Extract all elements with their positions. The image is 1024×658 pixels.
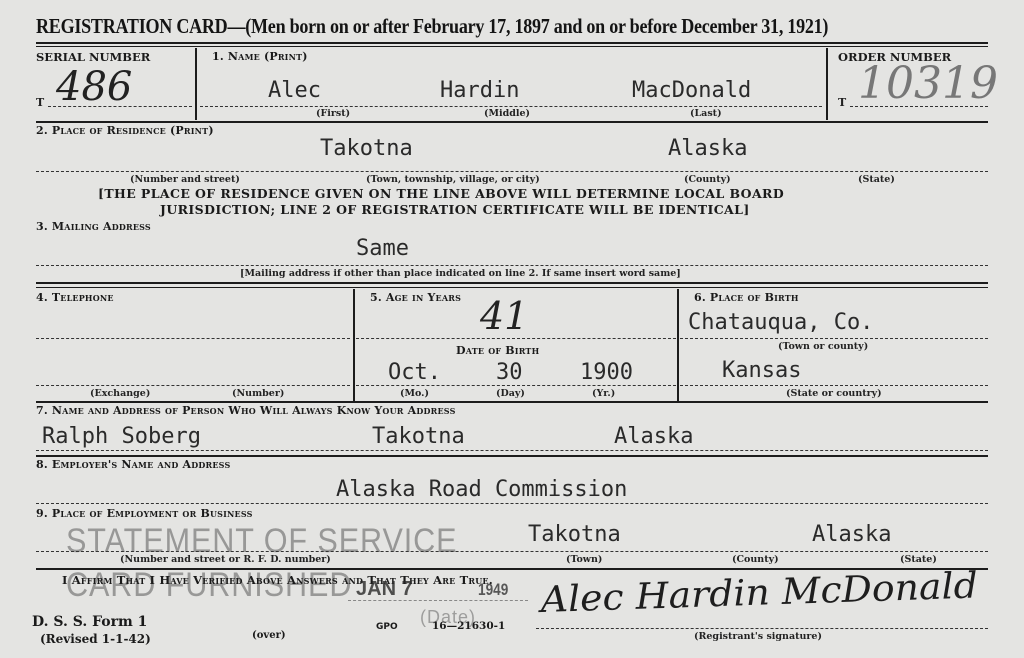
first-name: Alec: [268, 78, 321, 103]
middle-name: Hardin: [440, 78, 519, 103]
rule: [36, 42, 988, 44]
rule: [36, 121, 988, 123]
divider: [353, 289, 355, 401]
divider: [826, 48, 828, 120]
stamp-date-year: 1949: [478, 580, 508, 600]
signature-caption: (Registrant's signature): [694, 631, 822, 642]
employer-value: Alaska Road Commission: [336, 477, 627, 502]
rule: [36, 551, 988, 552]
residence-town: Takotna: [320, 136, 413, 161]
town-county-caption: (Town or county): [778, 341, 868, 352]
mailing-caption: [Mailing address if other than place ind…: [240, 268, 681, 279]
state-country-caption: (State or country): [786, 388, 882, 399]
rule: [36, 455, 988, 457]
contact-name: Ralph Soberg: [42, 424, 201, 449]
gpo-number: 16—21630-1: [432, 620, 505, 632]
dob-year: 1900: [580, 360, 633, 385]
birthplace-town: Chatauqua, Co.: [688, 310, 873, 335]
over-note: (over): [252, 630, 286, 641]
gpo-label: GPO: [376, 622, 398, 632]
order-number-value: 10319: [858, 58, 998, 109]
dob-day: 30: [496, 360, 523, 385]
rule: [36, 282, 988, 284]
last-name: MacDonald: [632, 78, 751, 103]
registrant-signature: Alec Hardin McDonald: [540, 565, 979, 621]
residence-label: 2. Place of Residence (Print): [36, 124, 214, 137]
rule: [36, 401, 988, 403]
divider: [677, 289, 679, 401]
emp-street-caption: (Number and street or R. F. D. number): [120, 554, 331, 565]
birthplace-state: Kansas: [722, 358, 801, 383]
rule: [348, 600, 528, 601]
rule: [36, 287, 988, 288]
jurisdiction-notice-1: [THE PLACE OF RESIDENCE GIVEN ON THE LIN…: [98, 186, 784, 201]
rule: [850, 106, 988, 107]
employment-label: 9. Place of Employment or Business: [36, 507, 253, 520]
serial-number-label: SERIAL NUMBER: [36, 50, 150, 64]
affirmation-text: I Affirm That I Have Verified Above Answ…: [62, 573, 493, 587]
state-caption: (State): [858, 174, 895, 185]
rule: [356, 338, 676, 339]
divider: [195, 48, 197, 120]
serial-prefix: T: [36, 96, 44, 109]
rule: [48, 106, 192, 107]
middle-caption: (Middle): [484, 108, 530, 119]
form-number: D. S. S. Form 1: [32, 614, 147, 630]
rule: [36, 385, 350, 386]
mailing-label: 3. Mailing Address: [36, 220, 151, 233]
contact-state: Alaska: [614, 424, 693, 449]
exchange-caption: (Exchange): [90, 388, 150, 399]
rule: [36, 450, 988, 451]
rule: [200, 106, 822, 107]
county-caption: (County): [684, 174, 731, 185]
dob-label: Date of Birth: [456, 344, 539, 357]
order-prefix: T: [838, 96, 846, 109]
street-caption: (Number and street): [130, 174, 240, 185]
emp-county-caption: (County): [732, 554, 779, 565]
day-caption: (Day): [496, 388, 525, 399]
contact-label: 7. Name and Address of Person Who Will A…: [36, 404, 456, 417]
rule: [36, 503, 988, 504]
town-caption: (Town, township, village, or city): [366, 174, 540, 185]
jurisdiction-notice-2: JURISDICTION; LINE 2 OF REGISTRATION CER…: [160, 202, 750, 217]
rule: [680, 338, 988, 339]
last-caption: (Last): [690, 108, 722, 119]
emp-state-caption: (State): [900, 554, 937, 565]
rule: [680, 385, 988, 386]
first-caption: (First): [316, 108, 350, 119]
telephone-label: 4. Telephone: [36, 291, 114, 304]
serial-number-value: 486: [56, 64, 132, 110]
rule: [356, 385, 676, 386]
rule: [36, 338, 350, 339]
residence-state: Alaska: [668, 136, 747, 161]
contact-town: Takotna: [372, 424, 465, 449]
rule: [36, 171, 988, 172]
employment-town: Takotna: [528, 522, 621, 547]
stamp-date-month: JAN 7: [356, 578, 413, 601]
rule: [536, 628, 988, 629]
rule: [36, 265, 988, 266]
card-title: REGISTRATION CARD—(Men born on or after …: [36, 14, 828, 39]
employment-state: Alaska: [812, 522, 891, 547]
dob-month: Oct.: [388, 360, 441, 385]
emp-town-caption: (Town): [566, 554, 602, 565]
year-caption: (Yr.): [592, 388, 615, 399]
name-label: 1. Name (Print): [212, 50, 308, 63]
birthplace-label: 6. Place of Birth: [694, 291, 799, 304]
form-revision: (Revised 1-1-42): [40, 632, 151, 646]
age-value: 41: [480, 294, 528, 338]
rule: [36, 46, 988, 47]
month-caption: (Mo.): [400, 388, 429, 399]
number-caption: (Number): [232, 388, 284, 399]
mailing-value: Same: [356, 236, 409, 261]
employer-label: 8. Employer's Name and Address: [36, 458, 230, 471]
age-label: 5. Age in Years: [370, 291, 461, 304]
